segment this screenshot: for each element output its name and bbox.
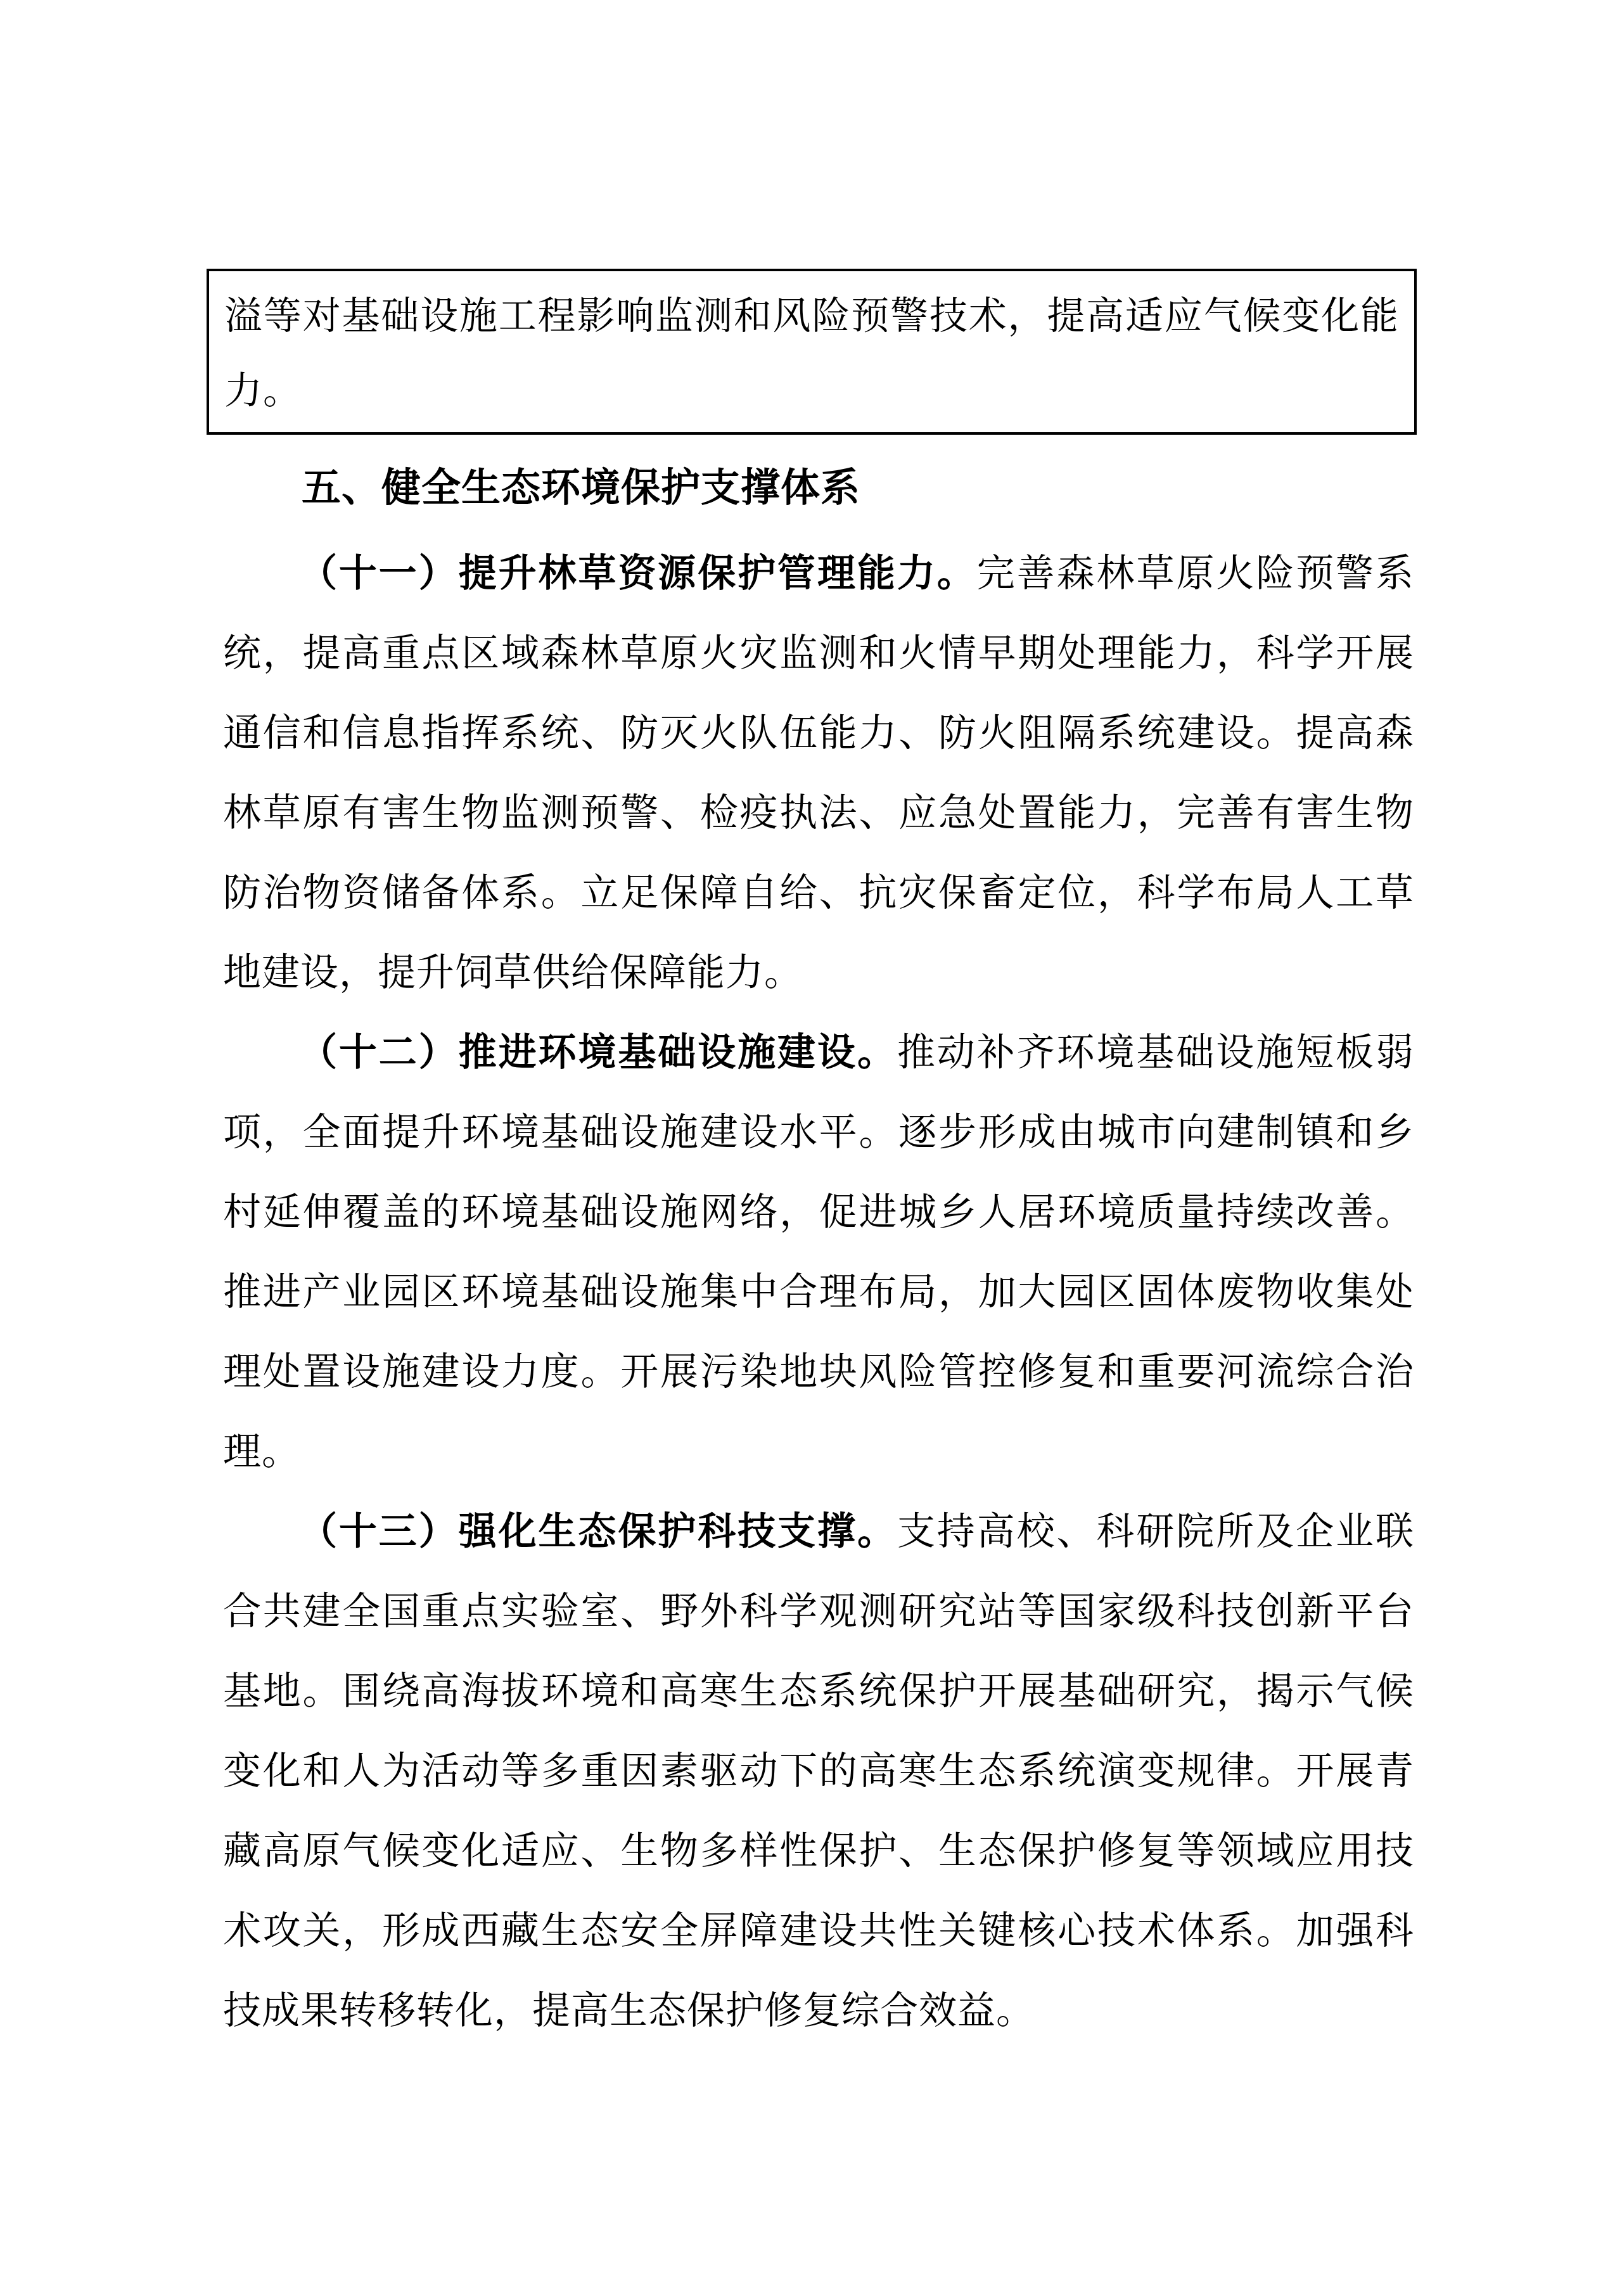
section-heading: 五、健全生态环境保护支撑体系 [223, 449, 1414, 529]
boxed-continuation-paragraph: 溢等对基础设施工程影响监测和风险预警技术，提高适应气候变化能力。 [207, 269, 1417, 435]
paragraph-item-11-lead: （十一）提升林草资源保护管理能力。 [299, 553, 977, 594]
paragraph-item-11: （十一）提升林草资源保护管理能力。完善森林草原火险预警系统，提高重点区域森林草原… [223, 534, 1414, 1013]
boxed-continuation-text: 溢等对基础设施工程影响监测和风险预警技术，提高适应气候变化能力。 [224, 279, 1399, 428]
paragraph-item-12-lead: （十二）推进环境基础设施建设。 [299, 1032, 897, 1074]
paragraph-item-13: （十三）强化生态保护科技支撑。支持高校、科研院所及企业联合共建全国重点实验室、野… [223, 1492, 1414, 2051]
paragraph-item-12-body: 推动补齐环境基础设施短板弱项，全面提升环境基础设施建设水平。逐步形成由城市向建制… [223, 1032, 1414, 1473]
paragraph-item-13-body: 支持高校、科研院所及企业联合共建全国重点实验室、野外科学观测研究站等国家级科技创… [223, 1511, 1414, 2032]
paragraph-item-12: （十二）推进环境基础设施建设。推动补齐环境基础设施短板弱项，全面提升环境基础设施… [223, 1013, 1414, 1492]
paragraph-item-13-lead: （十三）强化生态保护科技支撑。 [299, 1511, 897, 1553]
document-page: 溢等对基础设施工程影响监测和风险预警技术，提高适应气候变化能力。 五、健全生态环… [0, 0, 1622, 2296]
paragraph-item-11-body: 完善森林草原火险预警系统，提高重点区域森林草原火灾监测和火情早期处理能力，科学开… [223, 553, 1414, 994]
